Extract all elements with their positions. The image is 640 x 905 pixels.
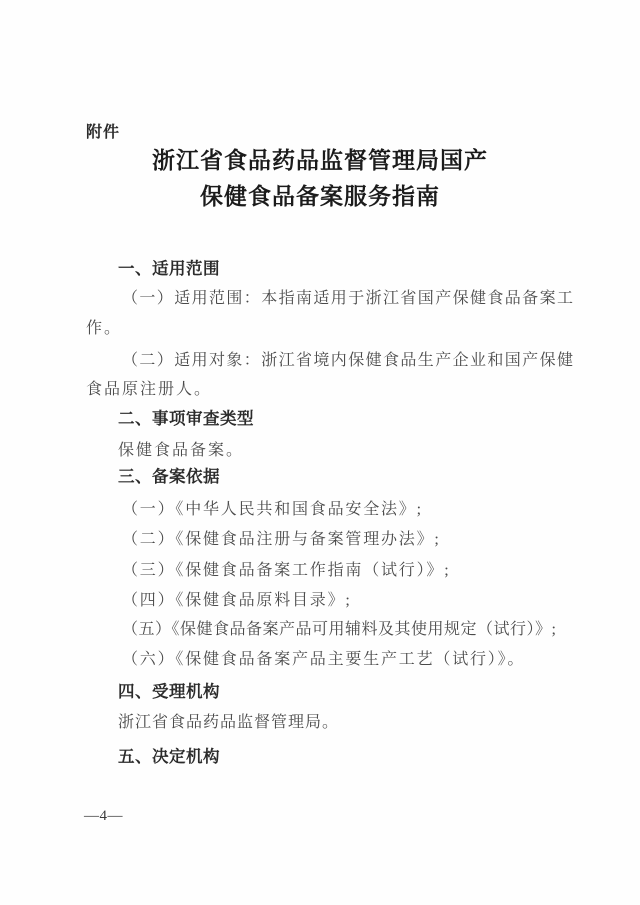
- section-heading-3: 三、备案依据: [86, 466, 606, 490]
- paragraph-2-line-2: 食品原注册人。: [86, 379, 574, 403]
- reference-item-2: （二）《保健食品注册与备案管理办法》;: [86, 529, 610, 553]
- reference-item-1: （一）《中华人民共和国食品安全法》;: [86, 499, 610, 523]
- section-2-body: 保健食品备案。: [86, 440, 606, 464]
- paragraph-1-line-1: （一）适用范围：本指南适用于浙江省国产保健食品备案工: [86, 288, 574, 312]
- reference-item-4: （四）《保健食品原料目录》;: [86, 590, 610, 614]
- paragraph-1-line-2: 作。: [86, 318, 574, 342]
- section-heading-4: 四、受理机构: [86, 681, 606, 705]
- reference-item-6: （六）《保健食品备案产品主要生产工艺（试行）》。: [86, 649, 610, 673]
- reference-item-5: （五）《保健食品备案产品可用辅料及其使用规定（试行）》;: [86, 619, 610, 643]
- section-heading-1: 一、适用范围: [86, 258, 606, 282]
- section-heading-5: 五、决定机构: [86, 746, 606, 770]
- paragraph-2-line-1: （二）适用对象：浙江省境内保健食品生产企业和国产保健: [86, 350, 574, 374]
- attachment-label: 附件: [86, 119, 120, 142]
- section-heading-2: 二、事项审查类型: [86, 408, 606, 432]
- document-title-line-1: 浙江省食品药品监督管理局国产: [0, 146, 640, 176]
- document-title-line-2: 保健食品备案服务指南: [0, 182, 640, 212]
- reference-item-3: （三）《保健食品备案工作指南（试行）》;: [86, 560, 610, 584]
- page-number: —4—: [84, 808, 123, 825]
- section-4-body: 浙江省食品药品监督管理局。: [86, 712, 606, 736]
- document-page: 附件 浙江省食品药品监督管理局国产 保健食品备案服务指南 一、适用范围 （一）适…: [0, 0, 640, 905]
